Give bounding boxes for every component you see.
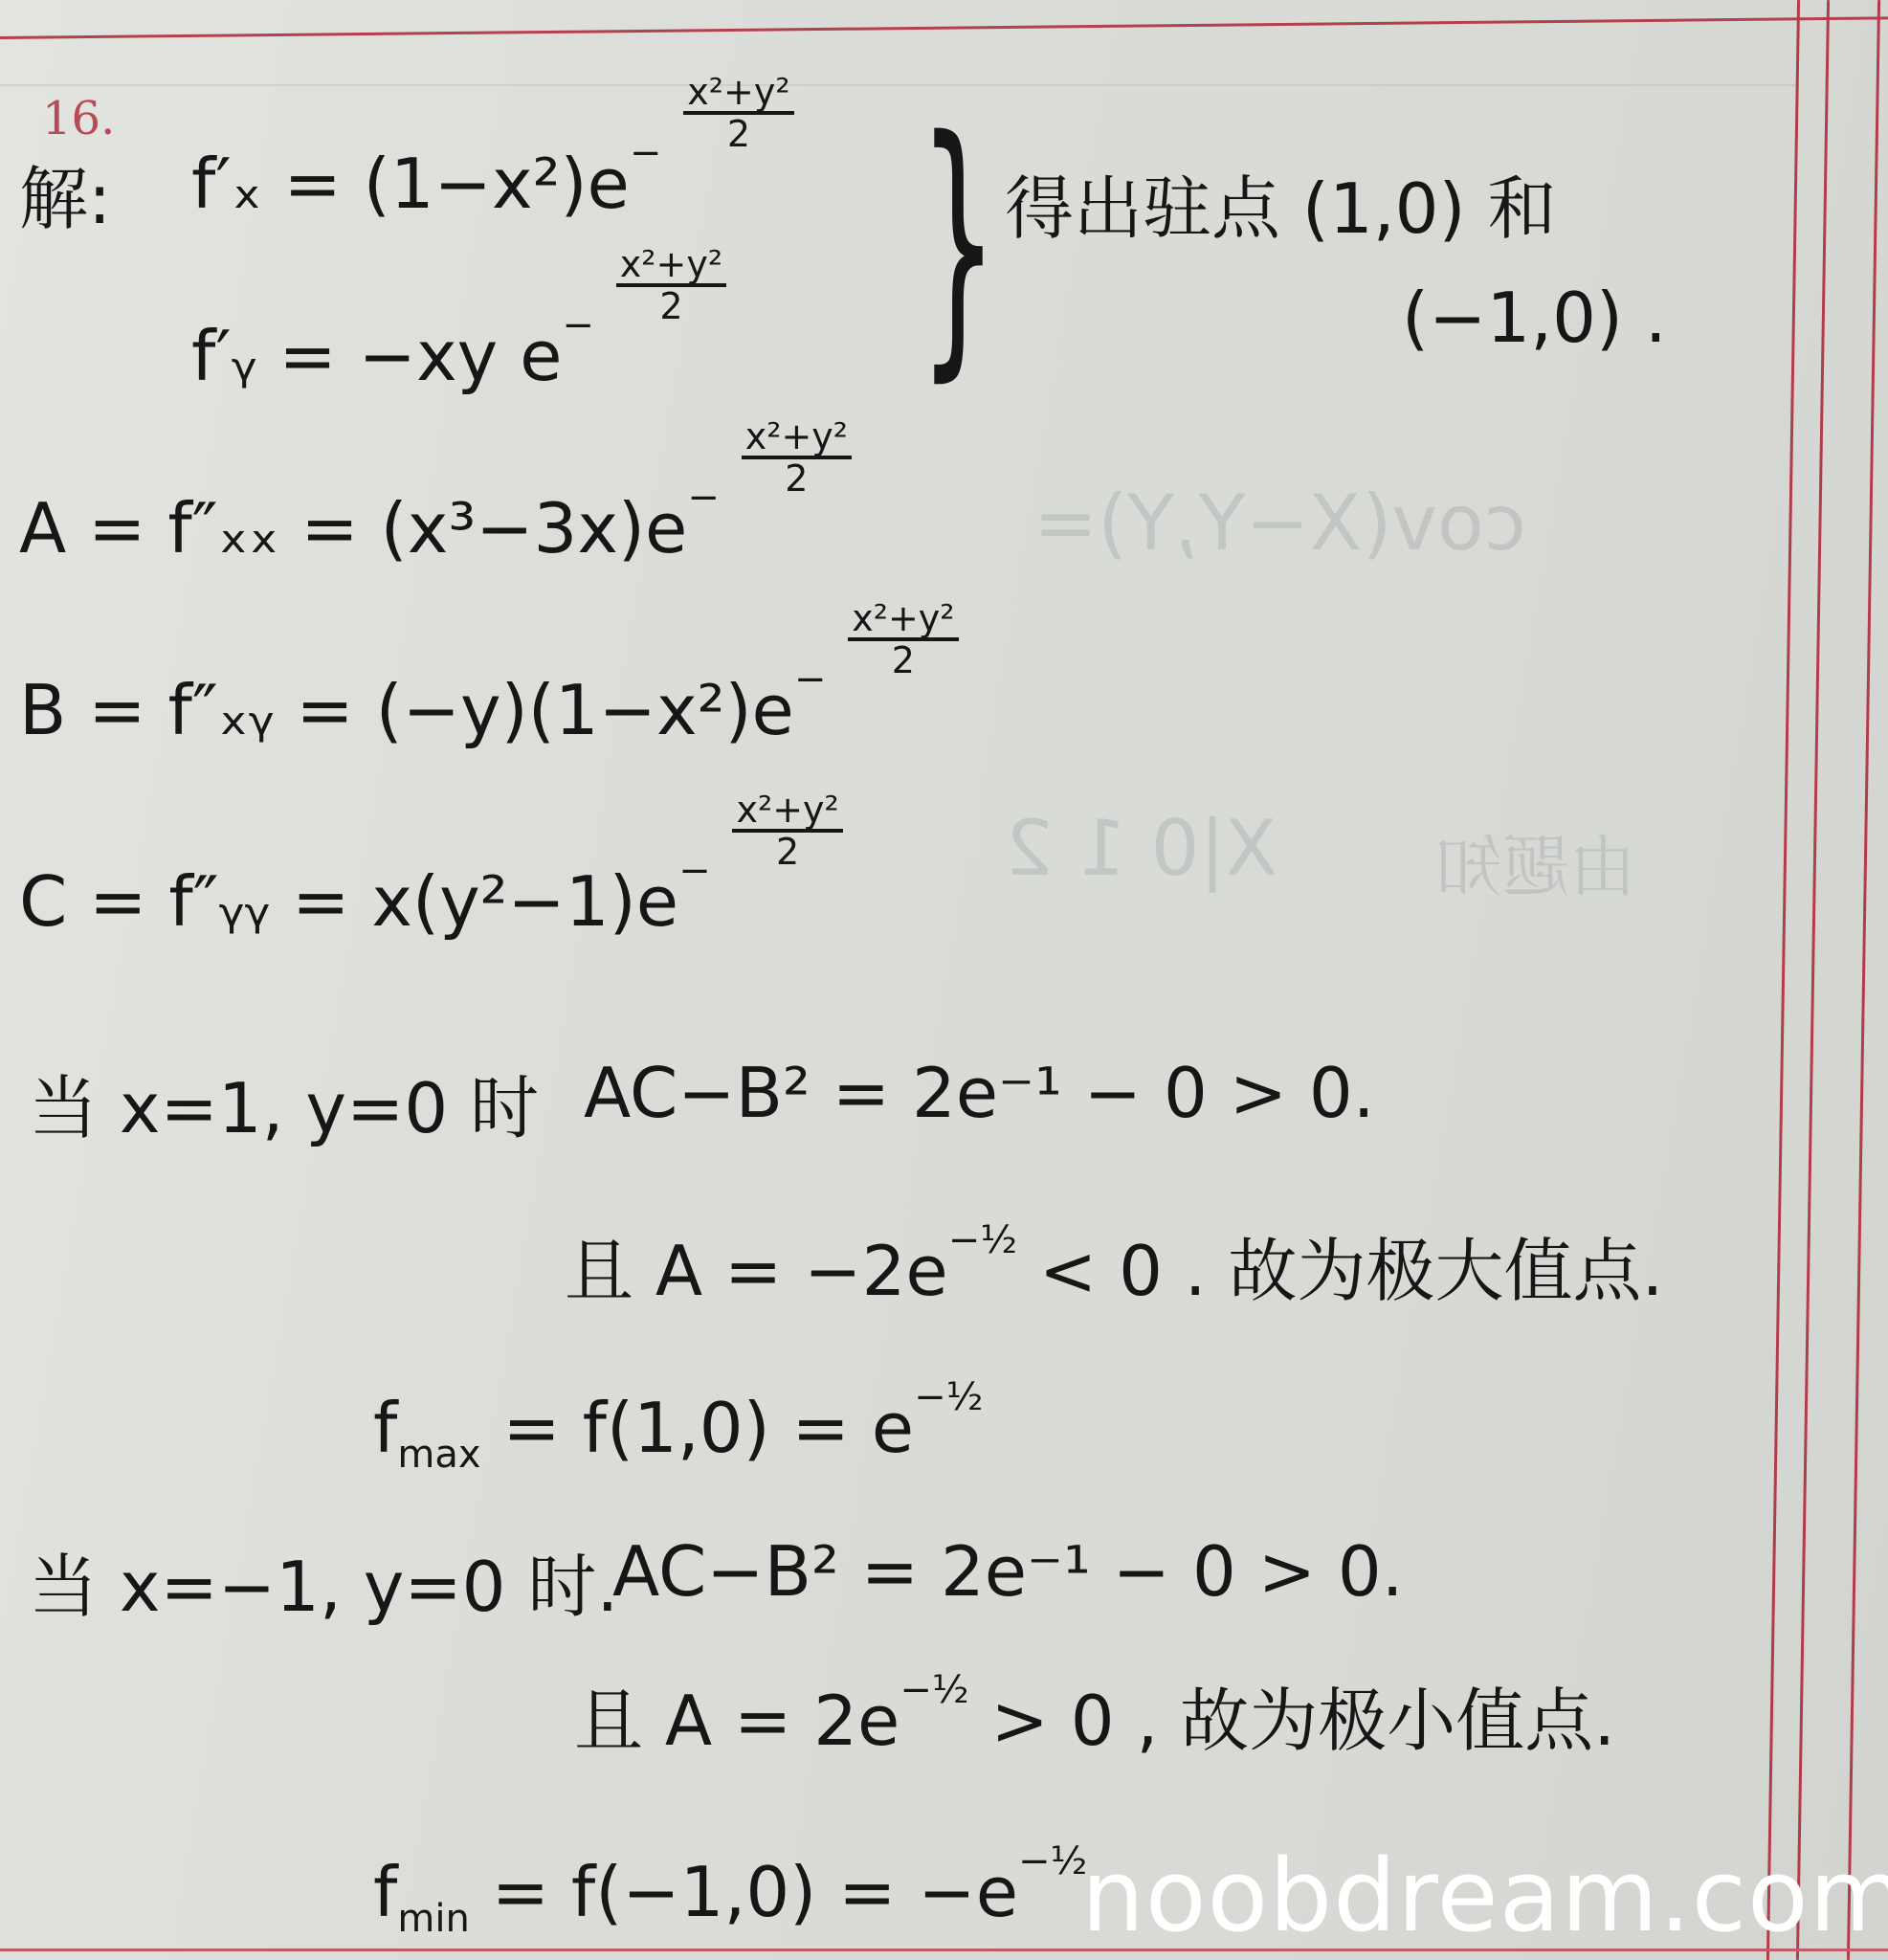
equals-sign: = — [296, 670, 353, 750]
case1-condition: 当 x=1, y=0 时 — [29, 1053, 539, 1152]
B-lhs: B = f″ₓᵧ — [19, 670, 275, 750]
top-margin-rule — [0, 16, 1888, 39]
exponent-fraction: x²+y²2 — [683, 73, 793, 153]
solution-label: 解: — [19, 144, 111, 243]
fmin-f: f — [373, 1852, 397, 1932]
equation-A: A = f″ₓₓ = (x³−3x)e− x²+y²2 — [19, 488, 852, 568]
fy-lhs: f′ᵧ — [191, 316, 257, 396]
frac-num: x²+y² — [683, 73, 793, 115]
exponent-fraction: x²+y²2 — [742, 417, 852, 498]
case2-discriminant: AC−B² = 2e⁻¹ − 0 > 0. — [612, 1531, 1404, 1612]
exp-sign: − — [678, 849, 711, 893]
fmax-rhs: = f(1,0) = e — [502, 1388, 914, 1468]
exponent: −½ — [1018, 1839, 1087, 1883]
right-brace: } — [919, 105, 998, 383]
frac-num: x²+y² — [742, 417, 852, 459]
exponent-fraction: x²+y²2 — [616, 245, 726, 325]
case1-A-value: 且 A = −2e — [565, 1231, 948, 1311]
right-margin-line — [1766, 0, 1800, 1960]
exp-sign: − — [687, 476, 720, 520]
bleed-through-text: cov(X−Y,Y)= — [1033, 479, 1526, 568]
question-number: 16. — [42, 92, 115, 145]
equals-sign: = — [300, 488, 358, 568]
fmin-line: fmin = f(−1,0) = −e−½ — [373, 1852, 1087, 1932]
exponent: −½ — [914, 1375, 983, 1419]
case2-A-line: 且 A = 2e−½ > 0 , 故为极小值点. — [574, 1665, 1615, 1765]
case2-conclusion: > 0 , 故为极小值点. — [991, 1681, 1616, 1761]
exp-sign: − — [562, 303, 594, 347]
exp-sign: − — [794, 657, 827, 702]
C-body: x(y²−1)e — [371, 861, 678, 942]
stationary-points-text: 得出驻点 (1,0) 和 — [1005, 153, 1556, 253]
notebook-page: cov(X−Y,Y)= X|0 1 2 由题知 16. 解: f′ₓ = (1−… — [0, 0, 1888, 1960]
frac-den: 2 — [616, 287, 726, 325]
right-margin-line — [1796, 0, 1830, 1960]
fmax-line: fmax = f(1,0) = e−½ — [373, 1388, 983, 1468]
case1-A-line: 且 A = −2e−½ < 0 . 故为极大值点. — [565, 1215, 1663, 1315]
equation-fy: f′ᵧ = −xy e− x²+y²2 — [191, 316, 726, 396]
equation-fx: f′ₓ = (1−x²)e− x²+y²2 — [191, 144, 794, 224]
A-lhs: A = f″ₓₓ — [19, 488, 279, 568]
frac-den: 2 — [848, 641, 958, 679]
case2-A-value: 且 A = 2e — [574, 1681, 900, 1761]
A-body: (x³−3x)e — [381, 488, 688, 568]
frac-den: 2 — [732, 833, 842, 871]
watermark: noobdream.com — [1081, 1837, 1888, 1954]
equation-C: C = f″ᵧᵧ = x(y²−1)e− x²+y²2 — [19, 861, 843, 942]
equals-sign: = — [292, 861, 349, 942]
equals-sign: = — [284, 144, 342, 224]
equals-sign: = — [278, 316, 336, 396]
faint-rule — [0, 84, 1799, 86]
C-lhs: C = f″ᵧᵧ — [19, 861, 270, 942]
fmin-rhs: = f(−1,0) = −e — [492, 1852, 1018, 1932]
case2-condition: 当 x=−1, y=0 时. — [29, 1531, 618, 1631]
exponent-fraction: x²+y²2 — [848, 599, 958, 679]
fx-lhs: f′ₓ — [191, 144, 262, 224]
fmax-sub: max — [397, 1433, 480, 1477]
fx-body: (1−x²)e — [364, 144, 630, 224]
stationary-points-text-2: (−1,0) . — [1402, 278, 1667, 358]
case1-conclusion: < 0 . 故为极大值点. — [1039, 1231, 1664, 1311]
frac-num: x²+y² — [616, 245, 726, 287]
exponent-fraction: x²+y²2 — [732, 791, 842, 871]
frac-num: x²+y² — [848, 599, 958, 641]
right-margin-line — [1847, 0, 1880, 1960]
bleed-through-table: X|0 1 2 — [1005, 804, 1277, 893]
bleed-through-text: 由题知 — [1435, 813, 1636, 910]
frac-den: 2 — [683, 115, 793, 153]
fmax-f: f — [373, 1388, 397, 1468]
exp-sign: − — [630, 131, 662, 175]
case1-discriminant: AC−B² = 2e⁻¹ − 0 > 0. — [584, 1053, 1375, 1133]
fmin-sub: min — [397, 1897, 469, 1941]
frac-num: x²+y² — [732, 791, 842, 833]
equation-B: B = f″ₓᵧ = (−y)(1−x²)e− x²+y²2 — [19, 670, 959, 750]
exponent: −½ — [948, 1218, 1017, 1262]
fy-body: −xy e — [359, 316, 563, 396]
exponent: −½ — [900, 1668, 968, 1712]
frac-den: 2 — [742, 459, 852, 498]
B-body: (−y)(1−x²)e — [376, 670, 794, 750]
